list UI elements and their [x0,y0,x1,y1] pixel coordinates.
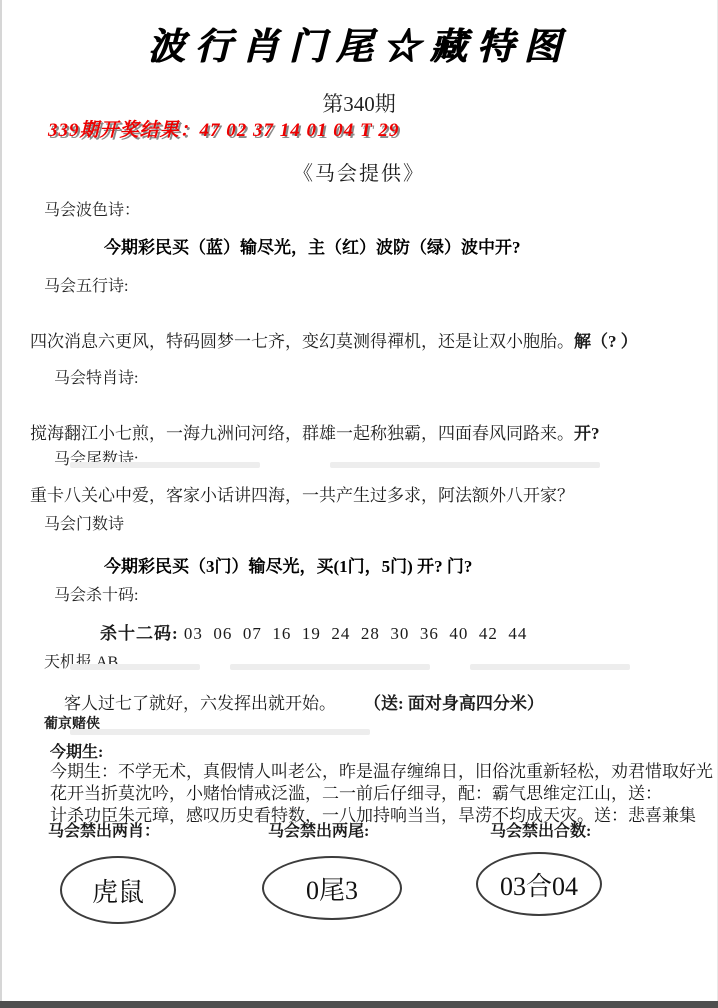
forbidden-sum-label: 马会禁出合数: [490,818,591,841]
verse-tianji-text: 客人过七了就好，六发挥出就开始。 [64,694,336,713]
verse-wuxing: 四次消息六更风，特码圆梦一七齐，变幻莫测得禪机，还是让双小胞胎。解（? ） [30,327,638,352]
issue-number: 第340期 [0,88,718,118]
verse-texiao: 搅海翻江小七煎，一海九洲问河络，群雄一起称独霸，四面春风同路来。开? [30,419,600,444]
scan-artifact [470,664,630,670]
forbidden-two-tails-label: 马会禁出两尾: [268,818,369,841]
verse-tianji-gift: （送: 面对身高四分米） [364,694,544,713]
section-label-shama: 马会杀十码: [54,582,138,605]
verse-menshu: 今期彩民买（3门）输尽光，买(1门，5门) 开? 门? [104,552,472,577]
verse-texiao-text: 搅海翻江小七煎，一海九洲问河络，群雄一起称独霸，四面春风同路来。 [30,424,574,443]
kill-numbers-line: 杀十二码: 03 06 07 16 19 24 28 30 36 40 42 4… [100,619,527,644]
verse-weishu: 重卡八关心中爱，客家小话讲四海，一共产生过多求，阿法额外八开家？ [30,481,574,506]
scan-artifact [70,729,370,735]
forbidden-sum-value: 03合04 [500,866,578,903]
verse-tianji: 客人过七了就好，六发挥出就开始。（送: 面对身高四分米） [64,689,544,714]
section-label-bose: 马会波色诗： [44,197,140,220]
scan-artifact [70,462,260,468]
provider-line: 《马会提供》 [0,157,718,186]
verse-texiao-tail: 开? [574,424,600,443]
scan-artifact [230,664,430,670]
forbidden-two-tails-value: 0尾3 [306,870,358,907]
forbidden-two-zodiac-label: 马会禁出两肖： [48,818,160,841]
scan-artifact [70,664,200,670]
previous-draw-label: 339期开奖结果： [48,120,200,141]
kill-numbers: 03 06 07 16 19 24 28 30 36 40 42 44 [179,624,528,643]
previous-draw-numbers: 47 02 37 14 01 04 T 29 [200,120,400,141]
page-left-edge [0,0,2,1008]
bottom-scan-bar [0,1001,718,1008]
forbidden-two-zodiac-value: 虎鼠 [92,872,144,909]
kill-numbers-label: 杀十二码: [100,624,179,643]
forbidden-two-tails-oval: 0尾3 [262,856,402,920]
section-label-menshu: 马会门数诗 [44,511,124,534]
section-label-wuxing: 马会五行诗: [44,273,128,296]
previous-draw-result: 339期开奖结果：47 02 37 14 01 04 T 29 [48,115,399,142]
masthead-title: 波行肖门尾☆藏特图 [0,16,718,70]
forbidden-sum-oval: 03合04 [476,852,602,916]
scan-artifact [330,462,600,468]
verse-wuxing-text: 四次消息六更风，特码圆梦一七齐，变幻莫测得禪机，还是让双小胞胎。 [30,332,574,351]
section-label-texiao: 马会特肖诗: [54,365,138,388]
verse-wuxing-tail: 解（? ） [574,332,638,351]
verse-bose: 今期彩民买（蓝）输尽光，主（红）波防（绿）波中开? [104,233,521,258]
forbidden-two-zodiac-oval: 虎鼠 [60,856,176,924]
